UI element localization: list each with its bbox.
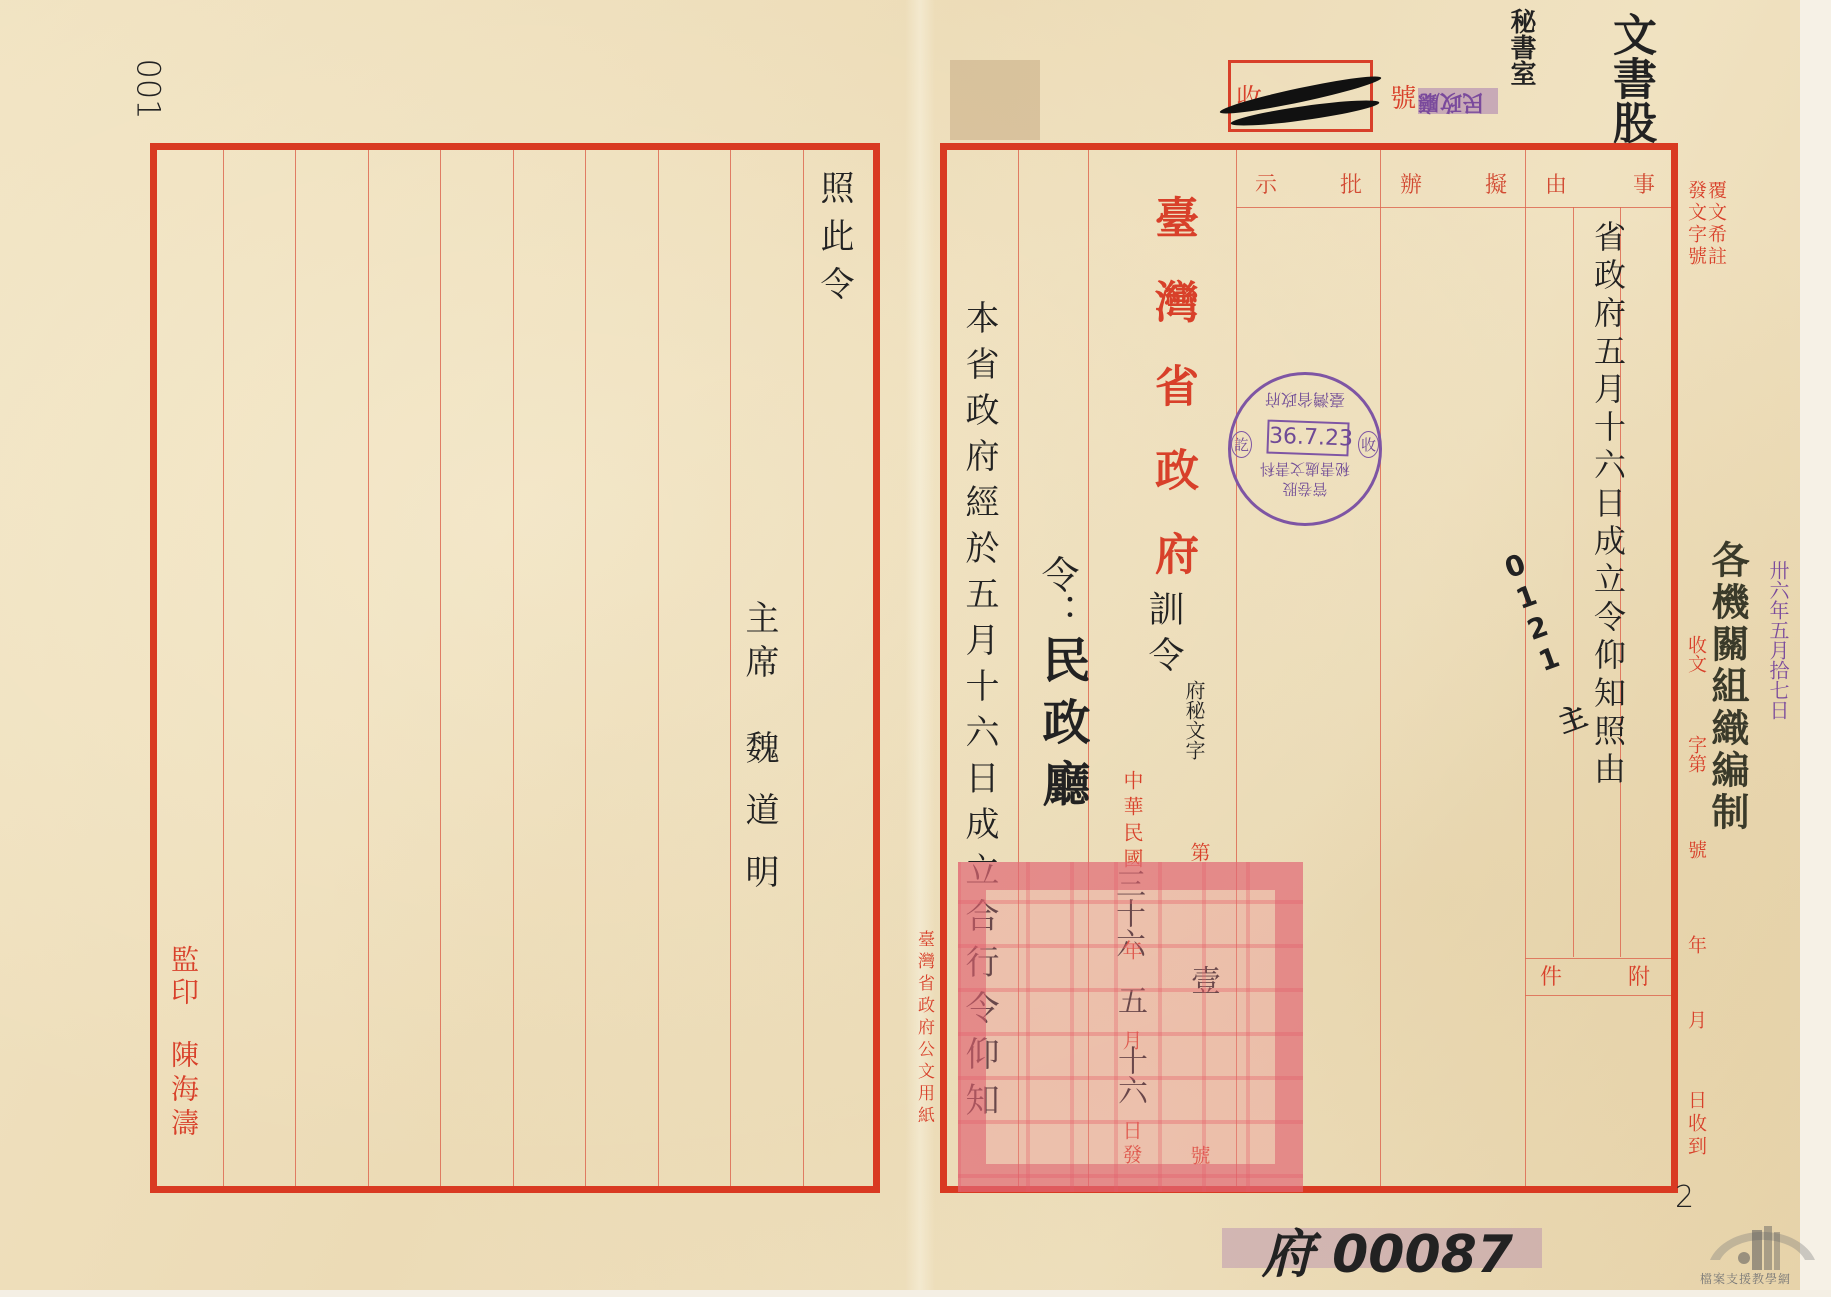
addressee-name: 民政廳 — [1028, 635, 1097, 821]
left-col-line — [368, 150, 369, 1186]
left-col-line — [658, 150, 659, 1186]
header-cell-shi: 事 — [1633, 168, 1655, 199]
attachment-row-line — [1525, 958, 1671, 959]
title-char: 省 — [1147, 363, 1198, 447]
addressee-prefix: 令： — [1030, 555, 1085, 631]
left-col-line — [513, 150, 514, 1186]
purple-stamp-right: 卅六年五月拾七日 — [1764, 560, 1793, 720]
attachment-row-line — [1525, 995, 1671, 996]
page-number-note: 001 — [130, 58, 168, 119]
file-number: 府 00087 — [1262, 1212, 1513, 1287]
receipt-date-stamp: 臺灣省政府 訖 36.7.23 收 秘書處文書科 管卷股 — [1228, 372, 1382, 526]
margin-note: 各機關組織編制 — [1700, 540, 1755, 834]
left-col-line — [295, 150, 296, 1186]
left-col-line — [730, 150, 731, 1186]
attachment-label-jian: 件 — [1540, 960, 1562, 991]
reference-di-label: 第 — [1185, 842, 1214, 862]
header-cell-ni: 擬 — [1485, 168, 1507, 199]
stamp-left-char: 訖 — [1231, 431, 1252, 458]
stamp-date: 36.7.23 — [1266, 420, 1349, 457]
header-cell-ban: 辦 — [1400, 168, 1422, 199]
header-cell-you: 由 — [1545, 168, 1567, 199]
corner-mark: 2 — [1675, 1180, 1694, 1215]
stamp-right-char: 收 — [1358, 431, 1379, 458]
issuer-title: 臺灣省政府 — [1140, 195, 1204, 615]
signature-title: 主席 — [735, 600, 784, 688]
left-col-line — [440, 150, 441, 1186]
title-char: 政 — [1147, 447, 1198, 531]
receive-month-label: 月 — [1683, 1010, 1710, 1029]
official-seal — [958, 862, 1303, 1192]
title-char: 灣 — [1147, 279, 1198, 363]
stamp-issuer: 臺灣省政府 — [1253, 389, 1357, 412]
watermark-text: 檔案支援教學網 — [1700, 1270, 1791, 1287]
receive-hao-label: 號 — [1683, 840, 1710, 859]
right-col-line — [1525, 150, 1526, 1186]
supervisor-name: 陳海濤 — [163, 1040, 203, 1142]
order-type: 訓令 — [1138, 590, 1189, 682]
left-col-line — [803, 150, 804, 1186]
header-cell-pi: 批 — [1340, 168, 1362, 199]
left-col-line — [223, 150, 224, 1186]
office-note: 秘書室 — [1503, 8, 1540, 86]
right-col-line — [1573, 207, 1574, 957]
supervisor-label: 監印 — [163, 945, 203, 1009]
reference-prefix: 府秘文字 — [1180, 680, 1209, 760]
header-row-line — [1236, 207, 1671, 208]
right-col-line — [1380, 150, 1381, 1186]
attachment-label-fu: 附 — [1628, 960, 1650, 991]
title-char: 臺 — [1147, 195, 1198, 279]
closing-text: 照此令 — [810, 170, 859, 314]
department-note: 文書股 — [1598, 12, 1662, 144]
tape-stain — [950, 60, 1040, 140]
receive-year-label: 年 — [1683, 935, 1710, 954]
send-number-label: 發文字號 — [1683, 180, 1710, 268]
scan-background-bottom — [0, 1290, 1831, 1297]
receive-day-label: 日收到 — [1683, 1090, 1710, 1159]
stamp-section: 管卷股 — [1253, 479, 1357, 500]
era-label: 中華民國 — [1118, 770, 1147, 874]
purple-stamp-top: 民政廳 — [1418, 88, 1484, 119]
header-cell-shi2: 示 — [1255, 168, 1277, 199]
signature-name: 魏道明 — [735, 730, 784, 916]
left-col-line — [585, 150, 586, 1186]
form-name: 臺灣省政府公文用紙 — [912, 930, 937, 1128]
scan-background — [1800, 0, 1831, 1297]
subject-text: 省政府五月十六日成立令仰知照由 — [1585, 220, 1631, 790]
stamp-dept: 秘書處文書科 — [1243, 459, 1367, 480]
